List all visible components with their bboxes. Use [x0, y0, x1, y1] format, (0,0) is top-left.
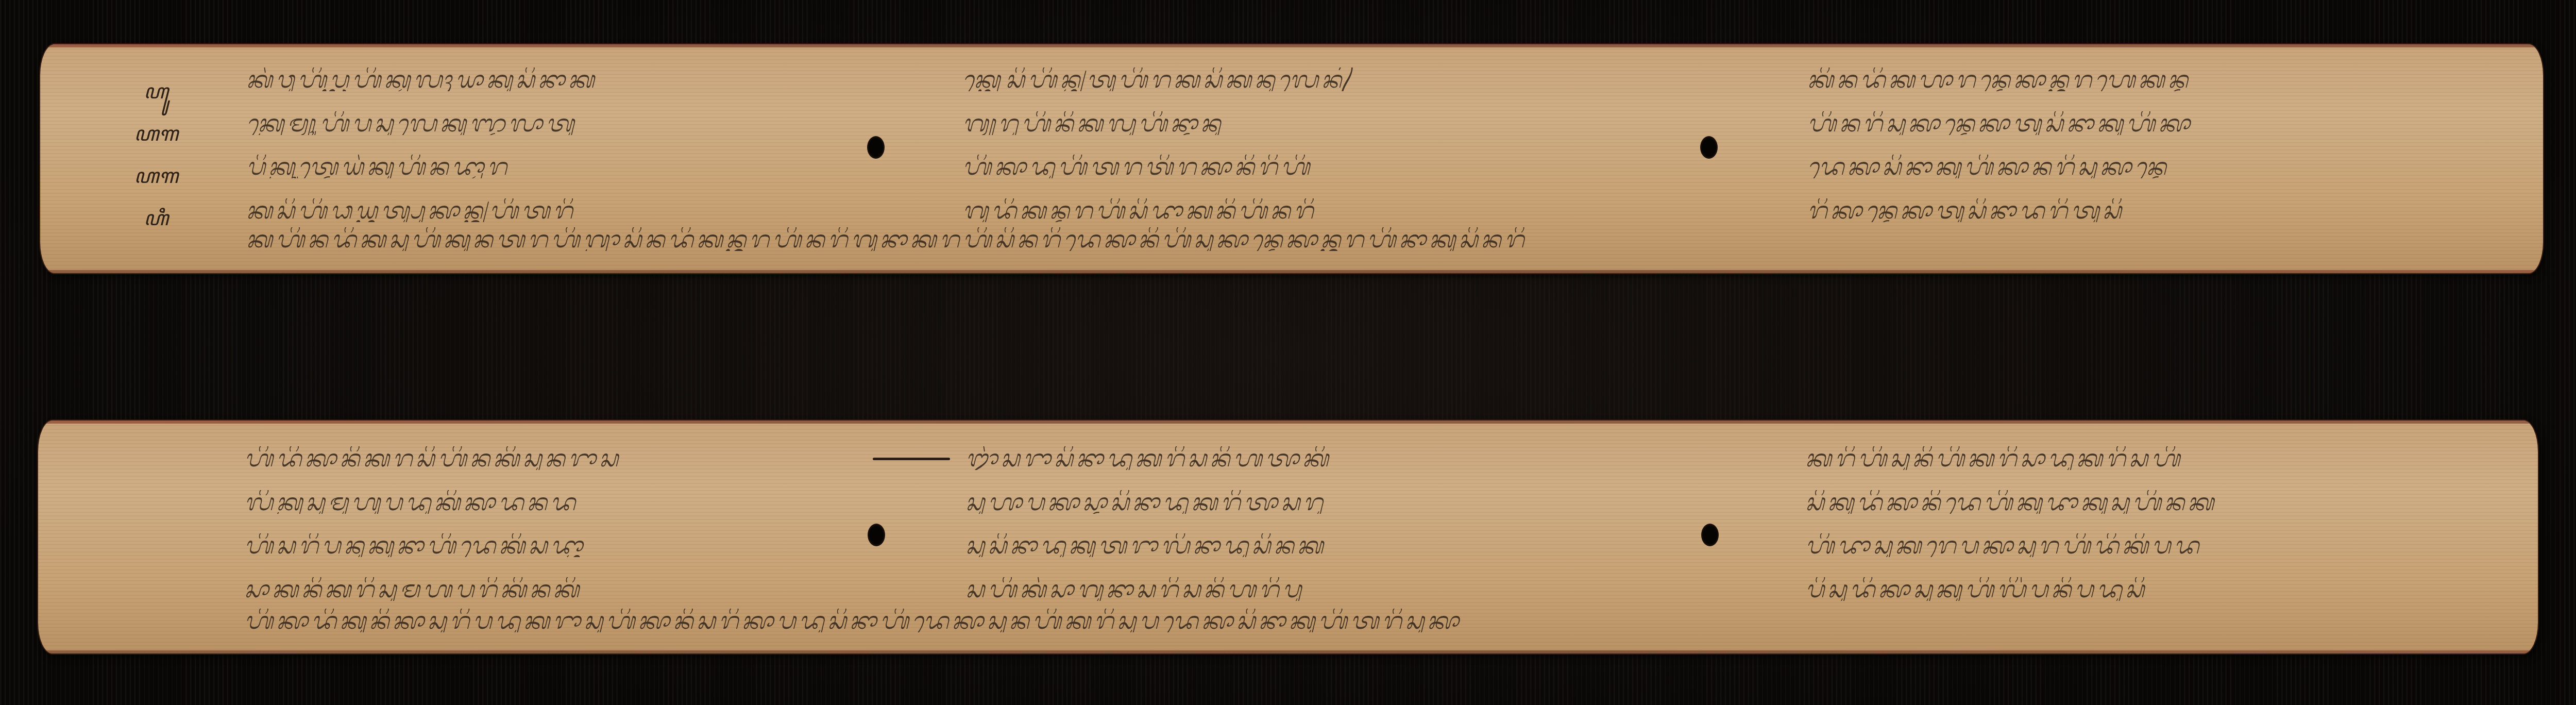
script-line: ᬳᬶᬓᬵᬤᬸᬳᬶᬢᬭᬢᬶᬭᬓᬵᬦᬶᬭᬶᬳᬶ — [962, 155, 1694, 178]
text-block-middle: ᬒᬂᬲᬭᬵᬲᬶᬦᬵᬤᬸᬓᬭᬶᬲᬦᬶᬳᬢᬵᬓᬶ ᬲᬸᬳᬵᬧᬓᬵᬲ᭄ᬤᬵᬲᬶᬦᬵᬤᬸ… — [965, 446, 1697, 601]
text-line-full-width: ᬓᬳᬶᬦᬤᬶᬓᬲᬸᬳᬶᬓᬸᬦᬢᬭᬳᬶᬕ᭄ᬭᬵᬲᬶᬦᬤᬶᬓᬦ᭄ᬢᬭᬳᬶᬦᬭᬶᬕᬸᬦ… — [246, 227, 2431, 258]
script-line: ᬳᬶᬓᬵᬤᬶᬓᬸᬦᬶᬓᬵᬲᬸᬭᬶᬧᬤᬸᬓᬭᬵᬲᬸᬳᬶᬓᬵᬦᬶᬲᬭᬶᬓᬵᬧᬤᬸᬲᬶ… — [244, 609, 2408, 632]
binding-hole — [868, 524, 885, 546]
script-line: ᬲᬶᬓᬸᬤᬶᬓᬵᬦᬶᬤᬾᬳᬶᬓᬸᬤᬵᬓᬸᬲᬸᬳᬶᬦᬓ — [1805, 490, 2398, 514]
text-line-full-width: ᬳᬶᬓᬵᬤᬶᬓᬸᬦᬶᬓᬵᬲᬸᬭᬶᬧᬤᬸᬓᬭᬵᬲᬸᬳᬶᬓᬵᬦᬶᬲᬭᬶᬓᬵᬧᬤᬸᬲᬶ… — [244, 609, 2408, 640]
palm-leaf-2: ᬳᬶᬤᬶᬓᬵᬦᬶᬓᬭᬲᬶᬳᬶᬦᬓᬶᬲᬸᬦᬭᬵᬲ ᬮᬶᬓ᭄ᬭᬲᬸᬫᬸᬳᬸᬧᬤᬸᬓᬶ… — [38, 421, 2538, 653]
margin-numeral: ꦲꦶ — [144, 202, 168, 244]
script-line: ᬕ᭄ᬬᬭᬸᬳᬶᬦᬶᬓᬮᬸᬳᬶᬦ᭄ᬤᬵᬦᬸ — [962, 111, 1694, 135]
page-number-margin: ꦲꦸ ꦲꦒ ꦲꦒ ꦲꦶ — [117, 75, 195, 230]
script-line: ᬧᬶᬓ᭄ᬭᬸᬢ᭄ᬤᬾᬬᬂᬓᬸᬳᬶᬦᬤ᭄ᬯᬵᬭ — [246, 155, 854, 178]
text-block-right: ᬓᬶᬦᬤᬶᬓᬳᬵᬭᬦ᭄ᬤᬾᬓᬵᬦ᭄ᬢᬭᬳᬾᬓᬦ᭄ᬤ ᬳᬶᬦᬭᬶᬲᬸᬓᬵᬦ᭄ᬤᬾᬓ… — [1807, 68, 2415, 222]
script-line: ᬳᬶᬤᬶᬓᬵᬦᬶᬓᬭᬲᬶᬳᬶᬦᬓᬶᬲᬸᬦᬭᬵᬲ — [244, 446, 837, 470]
script-line: ᬧᬶᬲᬸᬤᬶᬓᬵᬲᬸᬓᬸᬳᬶᬮᬶᬂᬧᬦᬶᬧᬤᬸᬲᬶ — [1805, 577, 2398, 601]
binding-hole — [1701, 524, 1719, 546]
text-block-middle: ᬓ᭄ᬮᬾᬲᬶᬳᬶᬦ᭄ᬥ᭄ᬭᬢᬸᬳᬶᬭᬓᬲᬶᬓᬦᬸᬮᬾᬦ᭄ ᬕ᭄ᬬᬭᬸᬳᬶᬦᬶᬓᬮ… — [962, 68, 1694, 222]
margin-numeral: ꦲꦸ — [144, 75, 168, 117]
text-block-right: ᬓᬭᬶᬳᬶᬲᬸᬦᬶᬳᬶᬓᬭᬶᬲᬵᬤᬸᬓᬭᬶᬲᬳᬶ ᬲᬶᬓᬸᬤᬶᬓᬵᬦᬶᬤᬾᬳᬶᬓ… — [1805, 446, 2398, 601]
script-line: ᬳᬶᬦᬭᬶᬲᬸᬓᬵᬦ᭄ᬤᬾᬓᬵᬢᬸᬲᬶᬦᬵᬓᬸᬳᬶᬓᬵ — [1807, 111, 2415, 135]
script-line: ᬓ᭄ᬮᬾᬲᬶᬳᬶᬦ᭄ᬥ᭄ᬭᬢᬸᬳᬶᬭᬓᬲᬶᬓᬦᬸᬮᬾᬦ᭄ — [962, 68, 1694, 91]
script-line: ᬕᬸᬤᬶᬓᬦ᭄ᬤᬭᬳᬶᬲᬶᬤᬵᬓᬦᬶᬳᬶᬦᬭᬶ — [962, 198, 1694, 222]
palm-leaf-1: ꦲꦸ ꦲꦒ ꦲꦒ ꦲꦶ ᬓᬂᬯᬸᬳᬶᬧ᭄ᬮᬸᬳᬶᬓ᭄ᬯᬮᬄᬬᬵᬓᬸᬲᬶᬦᬵᬓ ᬓ… — [40, 44, 2543, 273]
margin-numeral: ꦲꦒ — [134, 160, 178, 202]
script-line: ᬲᬸᬳᬵᬧᬓᬵᬲ᭄ᬤᬵᬲᬶᬦᬵᬤᬸᬓᬭᬶᬢᬵᬲᬭᬸ — [965, 490, 1697, 514]
text-block-left: ᬓᬂᬯᬸᬳᬶᬧ᭄ᬮᬸᬳᬶᬓ᭄ᬯᬮᬄᬬᬵᬓᬸᬲᬶᬦᬵᬓ ᬓ᭄ᬭᬾᬫ᭄ᬬᬸᬳᬶᬧᬲᬸ… — [246, 68, 854, 222]
script-line: ᬭᬶᬓᬵᬦ᭄ᬤᬾᬓᬵᬢᬸᬲᬶᬦᬵᬤᬭᬶᬢᬸᬲᬶ — [1807, 198, 2415, 222]
script-line: ᬲᬸᬲᬶᬦᬵᬤᬸᬓᬸᬢᬭᬵᬮᬶᬦᬵᬤᬸᬲᬶᬦᬓ — [965, 533, 1697, 557]
script-line: ᬲᬳᬶᬓᬂᬲᬵᬕᬸᬦᬵᬲᬭᬶᬲᬦᬶᬳᬭᬶᬧᬸ — [965, 577, 1697, 601]
script-line: ᬤᬾᬓᬵᬲᬶᬦᬵᬓᬸᬳᬶᬓᬵᬦᬭᬶᬲᬸᬓᬵᬦ᭄ᬤᬾ — [1807, 155, 2415, 178]
script-line: ᬓ᭄ᬭᬾᬫ᭄ᬬᬸᬳᬶᬧᬲᬸᬮᬾᬓᬸᬜ᭄ᬚᬮᬵᬢᬸ — [246, 111, 854, 135]
script-line: ᬓᬂᬯᬸᬳᬶᬧ᭄ᬮᬸᬳᬶᬓ᭄ᬯᬮᬄᬬᬵᬓᬸᬲᬶᬦᬵᬓ — [246, 68, 854, 91]
binding-hole — [867, 136, 885, 159]
script-line: ᬳᬶᬲᬭᬶᬧᬦᬸᬓᬸᬦᬵᬳᬶᬤᬾᬓᬶᬲᬤ᭄ᬥᬵ — [244, 533, 837, 557]
script-line: ᬓᬶᬦᬤᬶᬓᬳᬵᬭᬦ᭄ᬤᬾᬓᬵᬦ᭄ᬢᬭᬳᬾᬓᬦ᭄ᬤ — [1807, 68, 2415, 91]
script-line: ᬓᬲᬶᬳᬶᬥᬬ᭄ᬳᬢ᭄ᬲᬸᬓᬵᬦ᭄ᬕ᭄ᬭᬳᬶᬢᬭᬶ — [246, 198, 854, 222]
binding-hole — [1700, 136, 1718, 159]
section-dash-marker — [873, 458, 950, 460]
script-line: ᬲᬵᬓᬦᬶᬓᬭᬶᬲᬸᬫᬳᬧᬭᬶᬓᬶᬦᬓᬶ — [244, 577, 837, 601]
script-line: ᬮᬶᬓ᭄ᬭᬲᬸᬫᬸᬳᬸᬧᬤᬸᬓᬶᬓᬵᬤᬦᬤ — [244, 490, 837, 514]
script-line: ᬒᬂᬲᬭᬵᬲᬶᬦᬵᬤᬸᬓᬭᬶᬲᬦᬶᬳᬢᬵᬓᬶ — [965, 446, 1697, 470]
script-line: ᬓᬭᬶᬳᬶᬲᬸᬦᬶᬳᬶᬓᬭᬶᬲᬵᬤᬸᬓᬭᬶᬲᬳᬶ — [1805, 446, 2398, 470]
text-block-left: ᬳᬶᬤᬶᬓᬵᬦᬶᬓᬭᬲᬶᬳᬶᬦᬓᬶᬲᬸᬦᬭᬵᬲ ᬮᬶᬓ᭄ᬭᬲᬸᬫᬸᬳᬸᬧᬤᬸᬓᬶ… — [244, 446, 837, 601]
script-line: ᬳᬶᬤᬵᬲᬸᬓᬭᬾᬧᬓᬵᬲᬸᬭᬳᬶᬤᬶᬓᬶᬧᬤ — [1805, 533, 2398, 557]
margin-numeral: ꦲꦒ — [134, 117, 178, 160]
script-line: ᬓᬳᬶᬦᬤᬶᬓᬲᬸᬳᬶᬓᬸᬦᬢᬭᬳᬶᬕ᭄ᬭᬵᬲᬶᬦᬤᬶᬓᬦ᭄ᬢᬭᬳᬶᬦᬭᬶᬕᬸᬦ… — [246, 227, 2431, 251]
